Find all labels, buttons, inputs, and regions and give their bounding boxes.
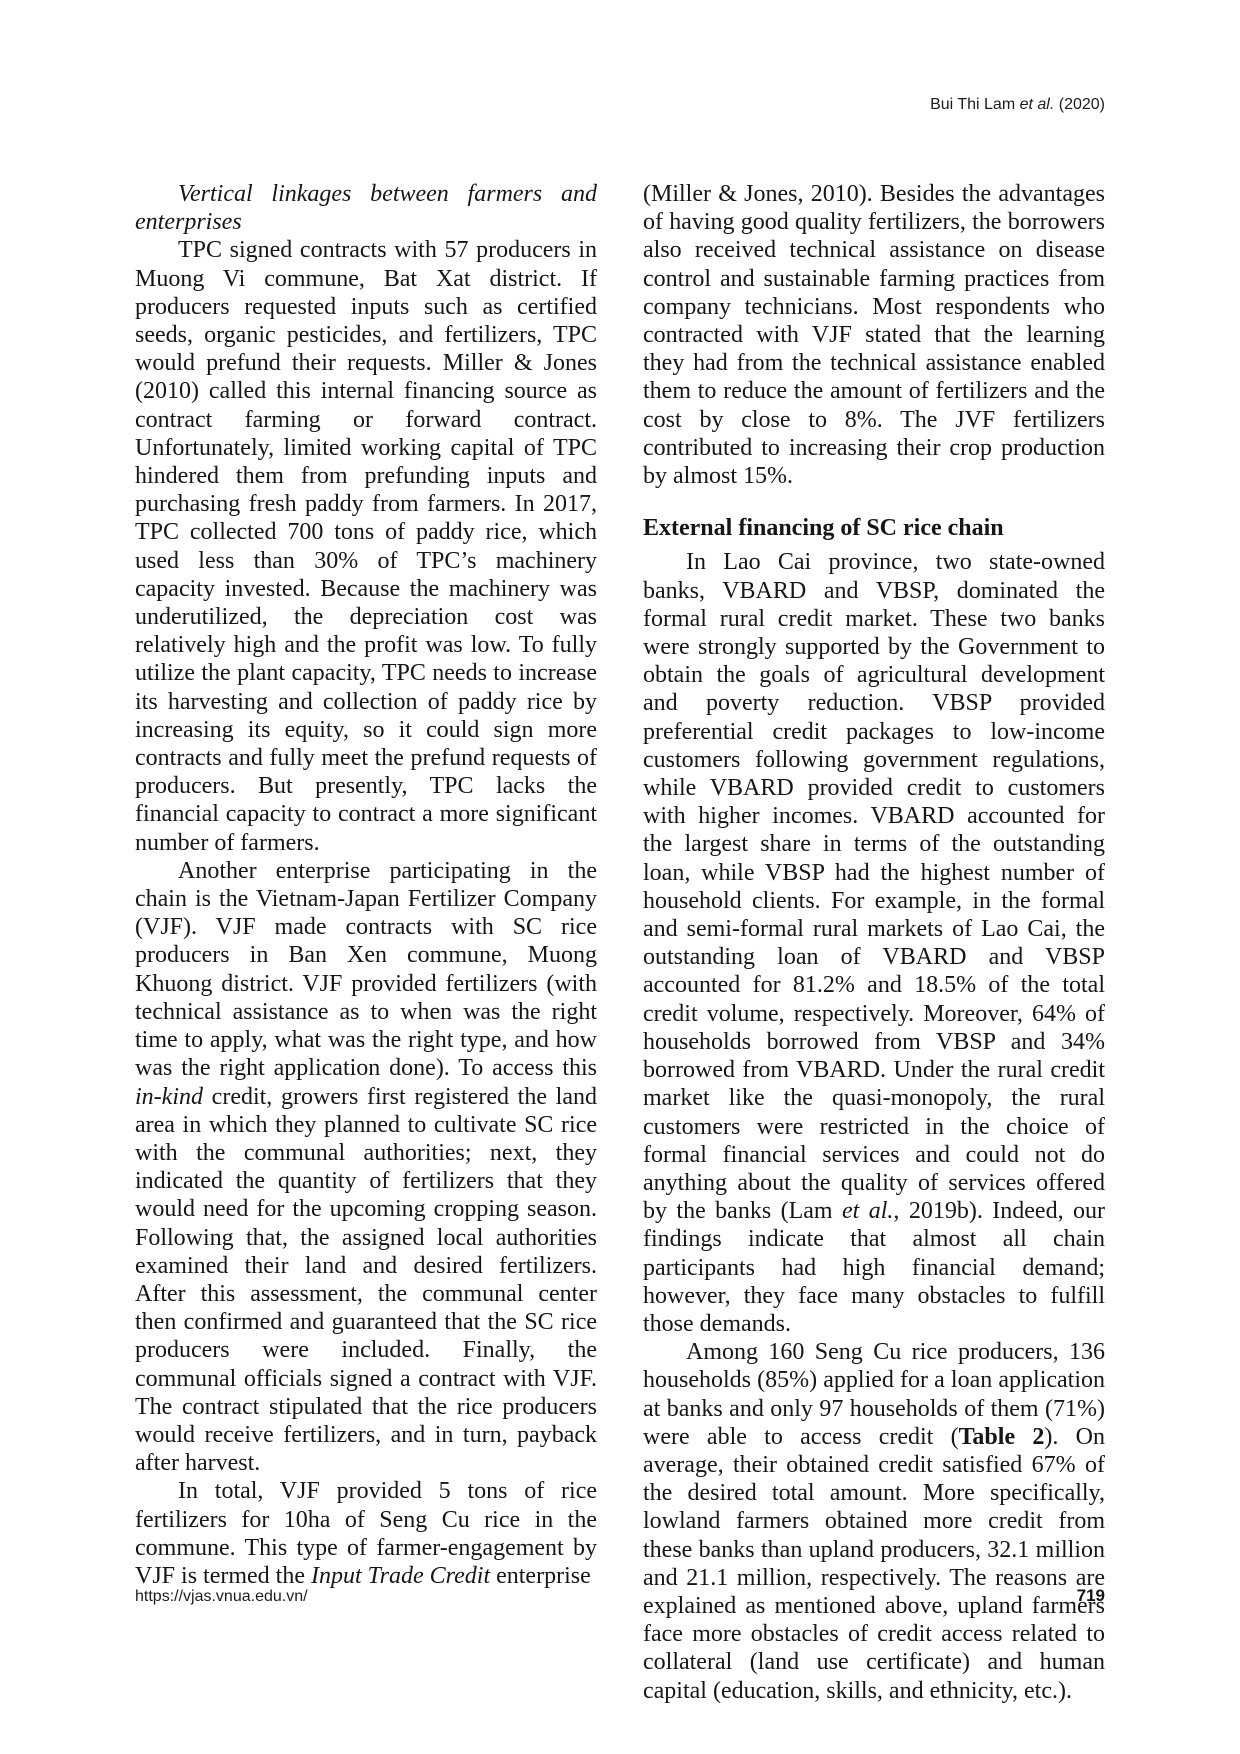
text-run: Another enterprise participating in the … (135, 858, 597, 1081)
text-run: ). On average, their obtained credit sat… (643, 1424, 1105, 1704)
running-head-citation: Bui Thi Lam et al. (2020) (930, 96, 1105, 114)
page-footer: https://vjas.vnua.edu.vn/ 719 (135, 1586, 1105, 1606)
two-column-text-area: Vertical linkages between farmers and en… (135, 180, 1105, 1705)
text-run: Table 2 (959, 1424, 1045, 1450)
page-number: 719 (1077, 1586, 1105, 1606)
document-page: Bui Thi Lam et al. (2020) Vertical linka… (0, 0, 1240, 1754)
text-run: credit, growers first registered the lan… (135, 1084, 597, 1477)
paragraph-lao-cai-banks: In Lao Cai province, two state-owned ban… (643, 548, 1105, 1338)
text-run: Vertical linkages between farmers and en… (135, 181, 597, 235)
paragraph-seng-cu-credit-access: Among 160 Seng Cu rice producers, 136 ho… (643, 1338, 1105, 1705)
text-run: in-kind (135, 1084, 203, 1110)
subsection-heading-vertical-linkages: Vertical linkages between farmers and en… (135, 180, 597, 236)
paragraph-vjf-enterprise: Another enterprise participating in the … (135, 857, 597, 1477)
section-heading-external-financing: External financing of SC rice chain (643, 514, 1105, 542)
text-run: Bui Thi Lam (930, 96, 1020, 113)
text-run: TPC signed contracts with 57 producers i… (135, 237, 597, 855)
text-run: et al. (842, 1198, 893, 1224)
paragraph-tpc-contracts: TPC signed contracts with 57 producers i… (135, 236, 597, 856)
paragraph-vjf-totals: In total, VJF provided 5 tons of rice fe… (135, 1477, 597, 1590)
right-column: (Miller & Jones, 2010). Besides the adva… (643, 180, 1105, 1705)
journal-url: https://vjas.vnua.edu.vn/ (135, 1588, 308, 1606)
left-column: Vertical linkages between farmers and en… (135, 180, 597, 1705)
text-run: (2020) (1054, 96, 1105, 113)
paragraph-miller-jones-continuation: (Miller & Jones, 2010). Besides the adva… (643, 180, 1105, 490)
text-run: External financing of SC rice chain (643, 515, 1004, 541)
text-run: In Lao Cai province, two state-owned ban… (643, 549, 1105, 1224)
text-run: et al. (1020, 96, 1055, 113)
text-run: (Miller & Jones, 2010). Besides the adva… (643, 181, 1105, 489)
